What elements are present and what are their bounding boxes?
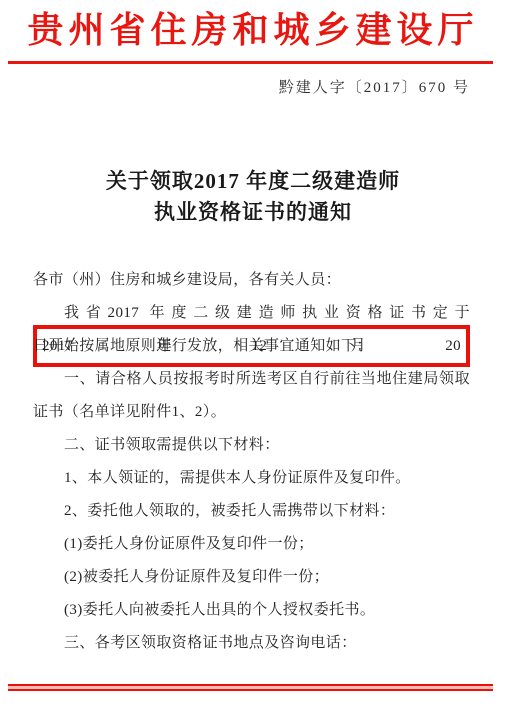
item-2-heading: 二、证书领取需提供以下材料： (33, 429, 470, 462)
notice-title: 关于领取2017 年度二级建造师 执业资格证书的通知 (0, 166, 506, 228)
notice-title-line1: 关于领取2017 年度二级建造师 (0, 166, 506, 197)
item-1-continuation: 证书（名单详见附件1、2）。 (33, 396, 470, 429)
header-divider-rule (8, 61, 493, 64)
document-body: 各市（州）住房和城乡建设局，各有关人员： 我省2017 年度二级建造师执业资格证… (33, 264, 470, 660)
cert-issue-date-line: 我省2017 年度二级建造师执业资格证书定于2017 年12 月20 (33, 297, 470, 330)
sub-item-2-line: (2)被委托人身份证原件及复印件一份； (33, 561, 470, 594)
cert-issue-date-prefix: 我省2017 年度二级建造师执业资格证书定于 (64, 305, 470, 321)
document-reference-number: 黔建人字〔2017〕670 号 (279, 76, 470, 97)
item-2-point-1: 1、本人领证的，需提供本人身份证原件及复印件。 (33, 462, 470, 495)
item-3-heading: 三、各考区领取资格证书地点及咨询电话： (33, 627, 470, 660)
item-1-line: 一、请合格人员按报考时所选考区自行前往当地住建局领取 (33, 363, 470, 396)
salutation-line: 各市（州）住房和城乡建设局，各有关人员： (33, 264, 470, 297)
agency-letterhead-title: 贵州省住房和城乡建设厅 (0, 6, 506, 54)
official-notice-page: 贵州省住房和城乡建设厅 黔建人字〔2017〕670 号 关于领取2017 年度二… (0, 0, 506, 711)
footer-double-rule (8, 684, 493, 691)
item-2-point-2: 2、委托他人领取的，被委托人需携带以下材料： (33, 495, 470, 528)
sub-item-3-line: (3)委托人向被委托人出具的个人授权委托书。 (33, 594, 470, 627)
notice-title-line2: 执业资格证书的通知 (0, 197, 506, 228)
sub-item-1-line: (1)委托人身份证原件及复印件一份； (33, 528, 470, 561)
